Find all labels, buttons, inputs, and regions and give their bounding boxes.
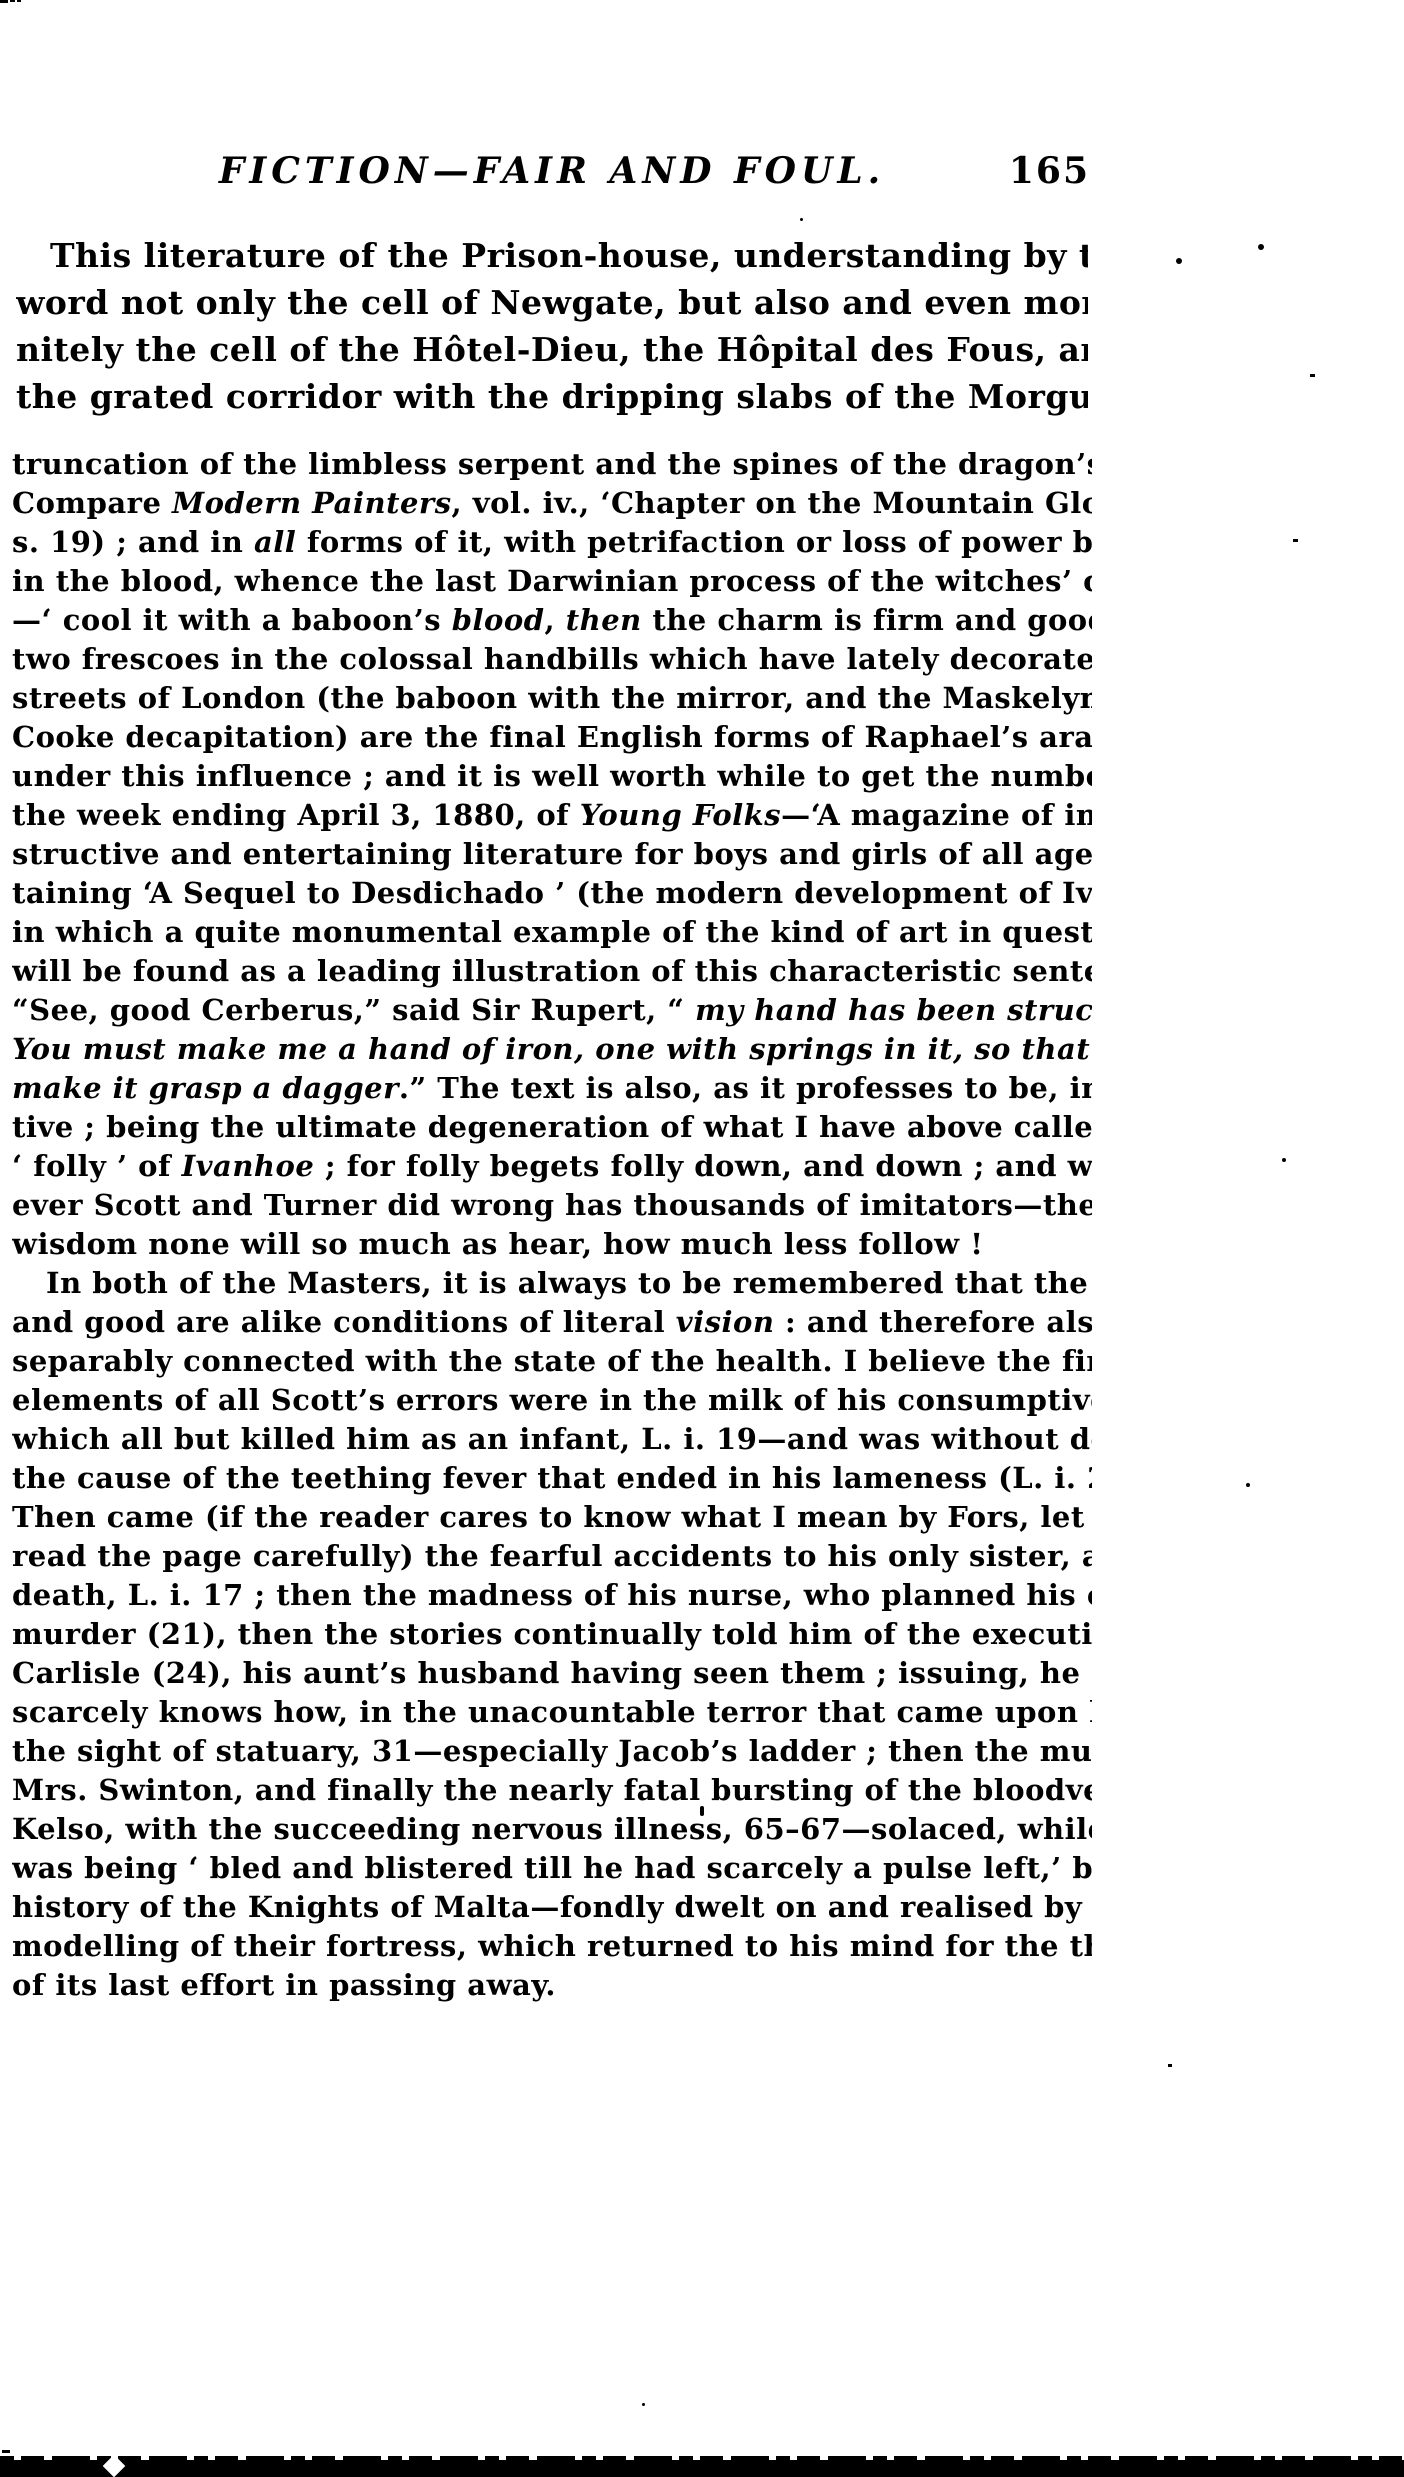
- text-segment: the grated corridor with the dripping sl…: [16, 377, 1088, 416]
- text-line: structive and entertaining literature fo…: [12, 835, 1092, 874]
- text-segment: the charm is firm and good.’ The: [642, 603, 1092, 637]
- text-segment: read the page carefully) the fearful acc…: [12, 1539, 1092, 1573]
- text-segment: the cause of the teething fever that end…: [12, 1461, 1092, 1495]
- running-head: FICTION—FAIR AND FOUL. 165: [14, 150, 1090, 196]
- text-segment: taining ‘A Sequel to Desdichado ’ (the m…: [12, 876, 1092, 910]
- text-line: and good are alike conditions of literal…: [12, 1303, 1092, 1342]
- scan-speck: [1293, 539, 1298, 542]
- text-segment: structive and entertaining literature fo…: [12, 837, 1092, 871]
- text-line: Cooke decapitation) are the final Englis…: [12, 718, 1092, 757]
- scan-speck: [700, 1806, 704, 1816]
- text-segment: ; for folly begets folly down, and down …: [314, 1149, 1092, 1183]
- text-segment: and good are alike conditions of literal: [12, 1305, 676, 1339]
- text-segment: Mrs. Swinton, and finally the nearly fat…: [12, 1773, 1092, 1807]
- scan-speck: [1282, 1158, 1286, 1162]
- text-segment: death, L. i. 17 ; then the madness of hi…: [12, 1578, 1092, 1612]
- note-block: truncation of the limbless serpent and t…: [12, 445, 1092, 2005]
- scan-artifact-top-left: [17, 0, 21, 2]
- text-segment: was being ‘ bled and blistered till he h…: [12, 1851, 1092, 1885]
- text-line: in which a quite monumental example of t…: [12, 913, 1092, 952]
- text-line: death, L. i. 17 ; then the madness of hi…: [12, 1576, 1092, 1615]
- text-line: the grated corridor with the dripping sl…: [16, 373, 1088, 420]
- italic-text-segment: make it grasp a dagger: [12, 1071, 399, 1105]
- text-line: two frescoes in the colossal handbills w…: [12, 640, 1092, 679]
- text-segment: Kelso, with the succeeding nervous illne…: [12, 1812, 1092, 1846]
- book-page: FICTION—FAIR AND FOUL. 165 This literatu…: [0, 0, 1404, 2477]
- scan-speck: [2, 2450, 10, 2453]
- italic-text-segment: then: [566, 603, 642, 637]
- text-segment: two frescoes in the colossal handbills w…: [12, 642, 1092, 676]
- text-segment: tive ; being the ultimate degeneration o…: [12, 1110, 1092, 1144]
- text-segment: elements of all Scott’s errors were in t…: [12, 1383, 1092, 1417]
- text-line: in the blood, whence the last Darwinian …: [12, 562, 1092, 601]
- text-line: ‘ folly ’ of Ivanhoe ; for folly begets …: [12, 1147, 1092, 1186]
- text-line: modelling of their fortress, which retur…: [12, 1927, 1092, 1966]
- text-line: This literature of the Prison-house, und…: [16, 232, 1088, 279]
- text-line: separably connected with the state of th…: [12, 1342, 1092, 1381]
- text-segment: ever Scott and Turner did wrong has thou…: [12, 1188, 1092, 1222]
- text-segment: Carlisle (24), his aunt’s husband having…: [12, 1656, 1092, 1690]
- scan-artifact-bottom-bar: [0, 2460, 1404, 2477]
- text-line: of its last effort in passing away.: [12, 1966, 1092, 2005]
- text-line: taining ‘A Sequel to Desdichado ’ (the m…: [12, 874, 1092, 913]
- text-segment: ‘ folly ’ of: [12, 1149, 182, 1183]
- text-line: wisdom none will so much as hear, how mu…: [12, 1225, 1092, 1264]
- text-line: the week ending April 3, 1880, of Young …: [12, 796, 1092, 835]
- text-segment: Then came (if the reader cares to know w…: [12, 1500, 1092, 1534]
- text-segment: streets of London (the baboon with the m…: [12, 681, 1092, 715]
- text-segment: scarcely knows how, in the unacountable …: [12, 1695, 1092, 1729]
- text-line: You must make me a hand of iron, one wit…: [12, 1030, 1092, 1069]
- text-line: murder (21), then the stories continuall…: [12, 1615, 1092, 1654]
- text-segment: s. 19) ; and in: [12, 525, 254, 559]
- italic-text-segment: Modern Painters: [172, 486, 452, 520]
- text-segment: —‘ cool it with a baboon’s: [12, 603, 452, 637]
- page-title: FICTION—FAIR AND FOUL.: [14, 150, 1090, 192]
- text-segment: Cooke decapitation) are the final Englis…: [12, 720, 1092, 754]
- text-segment: under this influence ; and it is well wo…: [12, 759, 1092, 793]
- text-line: In both of the Masters, it is always to …: [12, 1264, 1092, 1303]
- text-line: under this influence ; and it is well wo…: [12, 757, 1092, 796]
- scan-speck: [800, 218, 803, 221]
- text-line: nitely the cell of the Hôtel-Dieu, the H…: [16, 326, 1088, 373]
- text-segment: forms of it, with petrifaction or loss o…: [296, 525, 1092, 559]
- text-segment: truncation of the limbless serpent and t…: [12, 447, 1092, 481]
- scan-artifact-top-left: [0, 0, 8, 3]
- text-line: “See, good Cerberus,” said Sir Rupert, “…: [12, 991, 1092, 1030]
- text-segment: which all but killed him as an infant, L…: [12, 1422, 1092, 1456]
- text-line: tive ; being the ultimate degeneration o…: [12, 1108, 1092, 1147]
- text-line: Carlisle (24), his aunt’s husband having…: [12, 1654, 1092, 1693]
- italic-text-segment: You must make me a hand of iron, one wit…: [12, 1032, 1092, 1066]
- italic-text-segment: Young Folks: [580, 798, 781, 832]
- text-line: Then came (if the reader cares to know w…: [12, 1498, 1092, 1537]
- scan-speck: [1168, 2064, 1172, 2067]
- text-line: the sight of statuary, 31—especially Jac…: [12, 1732, 1092, 1771]
- text-line: make it grasp a dagger.” The text is als…: [12, 1069, 1092, 1108]
- scan-artifact-top-left: [10, 0, 15, 2]
- text-segment: murder (21), then the stories continuall…: [12, 1617, 1092, 1651]
- text-segment: word not only the cell of Newgate, but a…: [16, 283, 1088, 322]
- text-line: Mrs. Swinton, and finally the nearly fat…: [12, 1771, 1092, 1810]
- text-line: elements of all Scott’s errors were in t…: [12, 1381, 1092, 1420]
- italic-text-segment: my hand has been struck off.: [695, 993, 1092, 1027]
- text-segment: will be found as a leading illustration …: [12, 954, 1092, 988]
- text-segment: wisdom none will so much as hear, how mu…: [12, 1227, 983, 1261]
- text-segment: the week ending April 3, 1880, of: [12, 798, 580, 832]
- scan-speck: [642, 2403, 645, 2406]
- text-segment: This literature of the Prison-house, und…: [50, 236, 1088, 275]
- text-line: history of the Knights of Malta—fondly d…: [12, 1888, 1092, 1927]
- text-line: s. 19) ; and in all forms of it, with pe…: [12, 523, 1092, 562]
- text-segment: the sight of statuary, 31—especially Jac…: [12, 1734, 1092, 1768]
- text-segment: .” The text is also, as it professes to …: [399, 1071, 1092, 1105]
- text-line: truncation of the limbless serpent and t…: [12, 445, 1092, 484]
- text-line: was being ‘ bled and blistered till he h…: [12, 1849, 1092, 1888]
- scan-speck: [1258, 244, 1264, 250]
- scan-speck: [1176, 258, 1182, 264]
- text-line: Compare Modern Painters, vol. iv., ‘Chap…: [12, 484, 1092, 523]
- text-segment: : and therefore also, in-: [774, 1305, 1092, 1339]
- text-line: the cause of the teething fever that end…: [12, 1459, 1092, 1498]
- text-segment: “See, good Cerberus,” said Sir Rupert, “: [12, 993, 695, 1027]
- text-segment: , vol. iv., ‘Chapter on the Mountain Glo…: [452, 486, 1092, 520]
- text-segment: In both of the Masters, it is always to …: [46, 1266, 1092, 1300]
- text-segment: in which a quite monumental example of t…: [12, 915, 1092, 949]
- text-line: word not only the cell of Newgate, but a…: [16, 279, 1088, 326]
- text-line: Kelso, with the succeeding nervous illne…: [12, 1810, 1092, 1849]
- italic-text-segment: blood: [452, 603, 545, 637]
- text-segment: Compare: [12, 486, 172, 520]
- lead-paragraph: This literature of the Prison-house, und…: [16, 232, 1088, 420]
- italic-text-segment: vision: [676, 1305, 775, 1339]
- scan-speck: [1246, 1483, 1250, 1487]
- text-segment: —‘A magazine of in-: [781, 798, 1092, 832]
- text-line: scarcely knows how, in the unacountable …: [12, 1693, 1092, 1732]
- text-line: ever Scott and Turner did wrong has thou…: [12, 1186, 1092, 1225]
- italic-text-segment: Ivanhoe: [182, 1149, 315, 1183]
- text-line: read the page carefully) the fearful acc…: [12, 1537, 1092, 1576]
- text-line: streets of London (the baboon with the m…: [12, 679, 1092, 718]
- text-segment: in the blood, whence the last Darwinian …: [12, 564, 1092, 598]
- text-segment: history of the Knights of Malta—fondly d…: [12, 1890, 1092, 1924]
- text-segment: ,: [545, 603, 566, 637]
- italic-text-segment: all: [254, 525, 296, 559]
- text-segment: nitely the cell of the Hôtel-Dieu, the H…: [16, 330, 1088, 369]
- text-segment: separably connected with the state of th…: [12, 1344, 1092, 1378]
- text-segment: of its last effort in passing away.: [12, 1968, 556, 2002]
- text-segment: modelling of their fortress, which retur…: [12, 1929, 1092, 1963]
- text-line: —‘ cool it with a baboon’s blood, then t…: [12, 601, 1092, 640]
- page-number: 165: [1009, 150, 1090, 192]
- text-line: which all but killed him as an infant, L…: [12, 1420, 1092, 1459]
- scan-speck: [1310, 374, 1315, 377]
- text-line: will be found as a leading illustration …: [12, 952, 1092, 991]
